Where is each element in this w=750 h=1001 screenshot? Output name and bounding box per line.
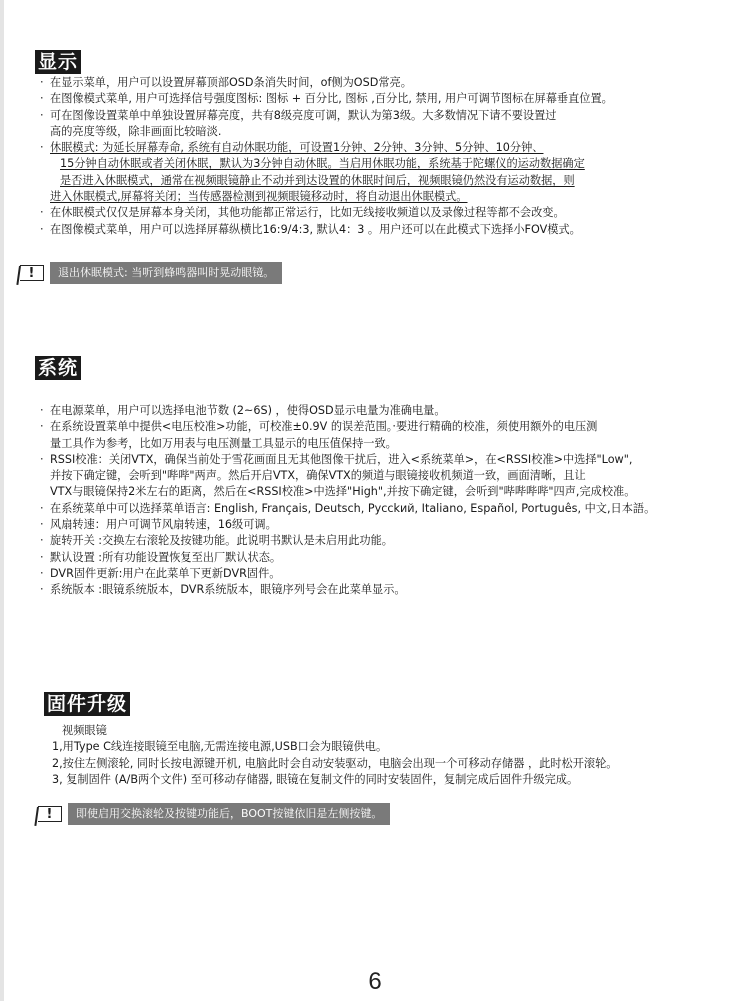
- firmware-note: ! 即使启用交换滚轮及按键功能后，BOOT按键依旧是左侧按键。: [38, 803, 390, 825]
- display-line: ·在图像模式菜单, 用户可选择信号强度图标: 图标 + 百分比, 图标 ,百分比…: [40, 91, 613, 107]
- page-edge: [0, 0, 4, 1001]
- system-line: ·风扇转速：用户可调节风扇转速，16级可调。: [40, 517, 655, 533]
- display-line: 高的亮度等级，除非画面比较暗淡.: [40, 124, 613, 140]
- section-heading-firmware: 固件升级: [44, 692, 130, 716]
- system-line: 量工具作为参考，比如万用表与电压测量工具显示的电压值保持一致。: [40, 436, 655, 452]
- section-heading-display: 显示: [35, 50, 81, 74]
- display-line: ·在休眠模式仅仅是屏幕本身关闭，其他功能都正常运行，比如无线接收频道以及录像过程…: [40, 205, 613, 221]
- display-line: ·在图像模式菜单，用户可以选择屏幕纵横比16:9/4:3, 默认4：3 。用户还…: [40, 222, 613, 238]
- firmware-section-body: 视频眼镜 1,用Type C线连接眼镜至电脑,无需连接电源,USB口会为眼镜供电…: [52, 723, 617, 788]
- warning-icon: !: [38, 806, 62, 822]
- bullet: ·: [40, 533, 50, 549]
- display-line-sleep-mode: 进入休眠模式,屏幕将关闭；当传感器检测到视频眼镜移动时，将自动退出休眠模式。: [40, 189, 613, 205]
- system-line: ·旋转开关 :交换左右滚轮及按键功能。此说明书默认是未启用此功能。: [40, 533, 655, 549]
- display-line-sleep-mode: 15分钟自动休眠或者关闭休眠，默认为3分钟自动休眠。当启用休眠功能，系统基于陀螺…: [40, 156, 613, 172]
- firmware-note-text: 即使启用交换滚轮及按键功能后，BOOT按键依旧是左侧按键。: [68, 803, 390, 825]
- warning-icon: !: [20, 265, 44, 281]
- system-section-body: ·在电源菜单，用户可以选择电池节数 (2~6S) ，使得OSD显示电量为准确电量…: [40, 403, 655, 599]
- firmware-step: 2,按住左侧滚轮, 同时长按电源键开机, 电脑此时会自动安装驱动，电脑会出现一个…: [52, 756, 617, 772]
- system-line: ·在电源菜单，用户可以选择电池节数 (2~6S) ，使得OSD显示电量为准确电量…: [40, 403, 655, 419]
- firmware-step: 3, 复制固件 (A/B两个文件) 至可移动存储器, 眼镜在复制文件的同时安装固…: [52, 772, 617, 788]
- bullet: ·: [40, 582, 50, 598]
- bullet: ·: [40, 75, 50, 91]
- system-line: ·系统版本 :眼镜系统版本，DVR系统版本，眼镜序列号会在此菜单显示。: [40, 582, 655, 598]
- display-line: ·在显示菜单，用户可以设置屏幕顶部OSD条消失时间，of侧为OSD常亮。: [40, 75, 613, 91]
- bullet: ·: [40, 452, 50, 468]
- section-heading-system: 系统: [35, 356, 81, 380]
- bullet: ·: [40, 419, 50, 435]
- display-line: ·可在图像设置菜单中单独设置屏幕亮度，共有8级亮度可调，默认为第3级。大多数情况…: [40, 108, 613, 124]
- system-line: ·DVR固件更新:用户在此菜单下更新DVR固件。: [40, 566, 655, 582]
- bullet: ·: [40, 108, 50, 124]
- display-line-sleep-mode: 是否进入休眠模式，通常在视频眼镜静止不动并到达设置的休眠时间后，视频眼镜仍然没有…: [40, 173, 613, 189]
- display-note: ! 退出休眠模式: 当听到蜂鸣器叫时晃动眼镜。: [20, 262, 282, 284]
- bullet: ·: [40, 222, 50, 238]
- display-section-body: ·在显示菜单，用户可以设置屏幕顶部OSD条消失时间，of侧为OSD常亮。 ·在图…: [40, 75, 613, 238]
- bullet: ·: [40, 501, 50, 517]
- display-note-text: 退出休眠模式: 当听到蜂鸣器叫时晃动眼镜。: [50, 262, 282, 284]
- page-number: 6: [0, 968, 750, 996]
- bullet: ·: [40, 91, 50, 107]
- system-line: ·在系统菜单中可以选择菜单语言: English, Français, Deut…: [40, 501, 655, 517]
- system-line: VTX与眼镜保持2米左右的距离，然后在<RSSI校准>中选择"High",并按下…: [40, 484, 655, 500]
- bullet: ·: [40, 517, 50, 533]
- firmware-subtitle: 视频眼镜: [52, 723, 617, 739]
- bullet: ·: [40, 566, 50, 582]
- display-line-sleep-mode: ·休眠模式: 为延长屏幕寿命, 系统有自动休眠功能，可设置1分钟、2分钟、3分钟…: [40, 140, 613, 156]
- system-line: ·默认设置 :所有功能设置恢复至出厂默认状态。: [40, 550, 655, 566]
- system-line: ·在系统设置菜单中提供<电压校准>功能，可校准±0.9V 的误差范围。·要进行精…: [40, 419, 655, 435]
- bullet: ·: [40, 205, 50, 221]
- system-line: ·RSSI校准：关闭VTX，确保当前处于雪花画面且无其他图像干扰后，进入<系统菜…: [40, 452, 655, 468]
- system-line: 并按下确定键，会听到"哔哔"两声。然后开启VTX，确保VTX的频道与眼镜接收机频…: [40, 468, 655, 484]
- bullet: ·: [40, 403, 50, 419]
- bullet: ·: [40, 550, 50, 566]
- firmware-step: 1,用Type C线连接眼镜至电脑,无需连接电源,USB口会为眼镜供电。: [52, 739, 617, 755]
- bullet: ·: [40, 140, 50, 156]
